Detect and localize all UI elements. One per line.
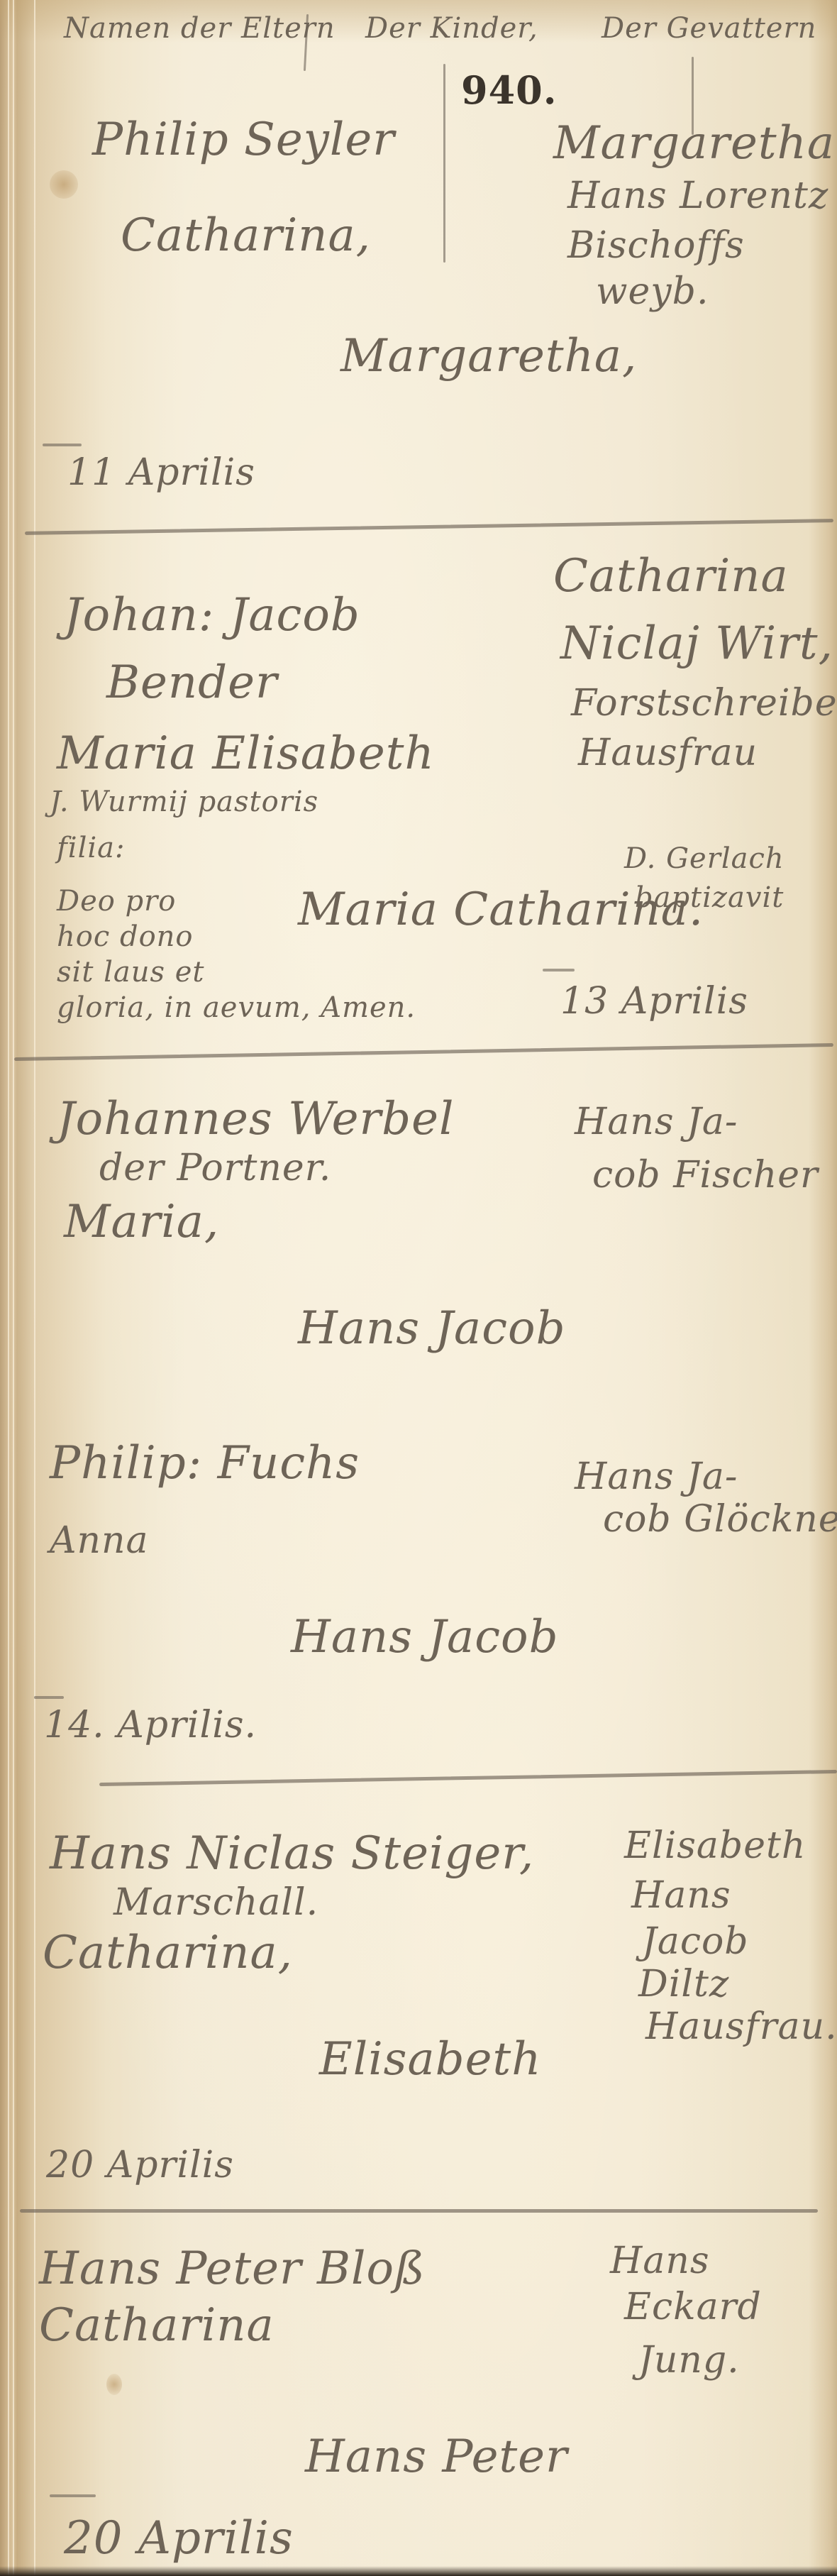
entry-6-godparent-line: Hans	[610, 2242, 710, 2279]
column-divider	[443, 64, 445, 263]
entry-4-child: Hans Jacob	[291, 1614, 559, 1660]
entry-2-note-line: hoc dono	[57, 923, 194, 951]
paper-stain	[50, 170, 78, 199]
entry-2-officiant-line: baptizavit	[635, 884, 784, 912]
entry-6-mother: Catharina	[39, 2303, 275, 2348]
entry-5-father-line: Marschall.	[113, 1884, 318, 1921]
entry-2-date: 13 Aprilis	[560, 983, 748, 1020]
entry-1-father: Philip Seyler	[92, 117, 395, 163]
entry-2-mother-line: J. Wurmij pastoris	[50, 788, 318, 816]
entry-5-godparent-line: Diltz	[638, 1966, 729, 2003]
entry-separator	[20, 2209, 818, 2213]
entry-2-father-line: Johan: Jacob	[64, 593, 360, 638]
entry-2-mother-line: filia:	[57, 834, 126, 862]
entry-3-godparent-line: cob Fischer	[592, 1157, 819, 1194]
entry-4-godparent-line: Hans Ja-	[575, 1458, 738, 1495]
entry-3-mother: Maria,	[64, 1199, 219, 1245]
entry-separator	[14, 1043, 833, 1061]
date-mark	[34, 1696, 64, 1699]
entry-2-godparent-line: Hausfrau	[578, 734, 758, 771]
paper-stain	[106, 2374, 122, 2395]
entry-2-note-line: gloria, in aevum, Amen.	[57, 993, 416, 1022]
entry-1-date: 11 Aprilis	[67, 454, 255, 491]
entry-2-note-line: Deo pro	[57, 887, 176, 915]
header-parents: Namen der Eltern	[64, 14, 336, 43]
entry-6-child: Hans Peter	[305, 2434, 568, 2479]
binding-line	[8, 0, 9, 2576]
entry-3-father-line: Johannes Werbel	[57, 1096, 454, 1142]
entry-4-date: 14. Aprilis.	[44, 1707, 257, 1744]
entry-5-godparent-line: Hausfrau.	[645, 2008, 837, 2045]
entry-3-father-line: der Portner.	[99, 1150, 331, 1187]
entry-4-mother: Anna	[50, 1522, 149, 1559]
entry-5-child: Elisabeth	[319, 2037, 541, 2082]
entry-2-note-line: sit laus et	[57, 958, 205, 986]
entry-1-child: Margaretha,	[340, 334, 637, 379]
entry-separator	[99, 1770, 837, 1786]
entry-2-godparent-line: Niclaj Wirt,	[560, 621, 833, 666]
entry-1-mother: Catharina,	[121, 213, 371, 258]
entry-5-godparent-line: Hans	[631, 1877, 731, 1914]
binding-line	[34, 0, 35, 2576]
entry-5-date: 20 Aprilis	[46, 2147, 234, 2184]
entry-6-godparent-line: Eckard	[624, 2289, 762, 2325]
entry-2-mother-line: Maria Elisabeth	[57, 731, 435, 776]
header-godparents: Der Gevattern	[602, 14, 816, 43]
entry-3-child: Hans Jacob	[298, 1306, 566, 1351]
entry-4-father: Philip: Fuchs	[50, 1441, 360, 1486]
entry-2-godparent-line: Forstschreibers	[571, 685, 837, 722]
entry-4-godparent-line: cob Glöckner	[603, 1501, 837, 1538]
entry-5-godparent-line: Jacob	[642, 1923, 749, 1960]
header-children: Der Kinder,	[365, 14, 538, 43]
entry-2-officiant-line: D. Gerlach	[624, 844, 785, 873]
date-mark	[50, 2494, 96, 2497]
entry-6-date: 20 Aprilis	[64, 2516, 294, 2561]
page-number: 940.	[461, 71, 558, 109]
entry-5-godparent-line: Elisabeth	[624, 1827, 806, 1864]
manuscript-page: Namen der Eltern Der Kinder, Der Gevatte…	[0, 0, 837, 2576]
binding-line	[13, 0, 14, 2576]
entry-1-godparent-line: Hans Lorentz	[567, 177, 828, 214]
entry-2-father-line: Bender	[106, 660, 278, 705]
entry-1-godparent-line: Bischoffs	[567, 227, 745, 264]
entry-separator	[25, 519, 833, 535]
date-mark	[43, 444, 82, 446]
entry-5-mother: Catharina,	[43, 1930, 293, 1976]
entry-5-father-line: Hans Niclas Steiger,	[50, 1831, 534, 1876]
entry-1-godparent-line: Margaretha	[553, 121, 835, 166]
entry-6-father: Hans Peter Bloß	[39, 2246, 426, 2291]
date-mark	[543, 969, 575, 971]
entry-1-godparent-line: weyb.	[596, 273, 709, 310]
entry-6-godparent-line: Jung.	[638, 2342, 740, 2379]
entry-2-godparent-line: Catharina	[553, 554, 789, 599]
entry-3-godparent-line: Hans Ja-	[575, 1103, 738, 1140]
